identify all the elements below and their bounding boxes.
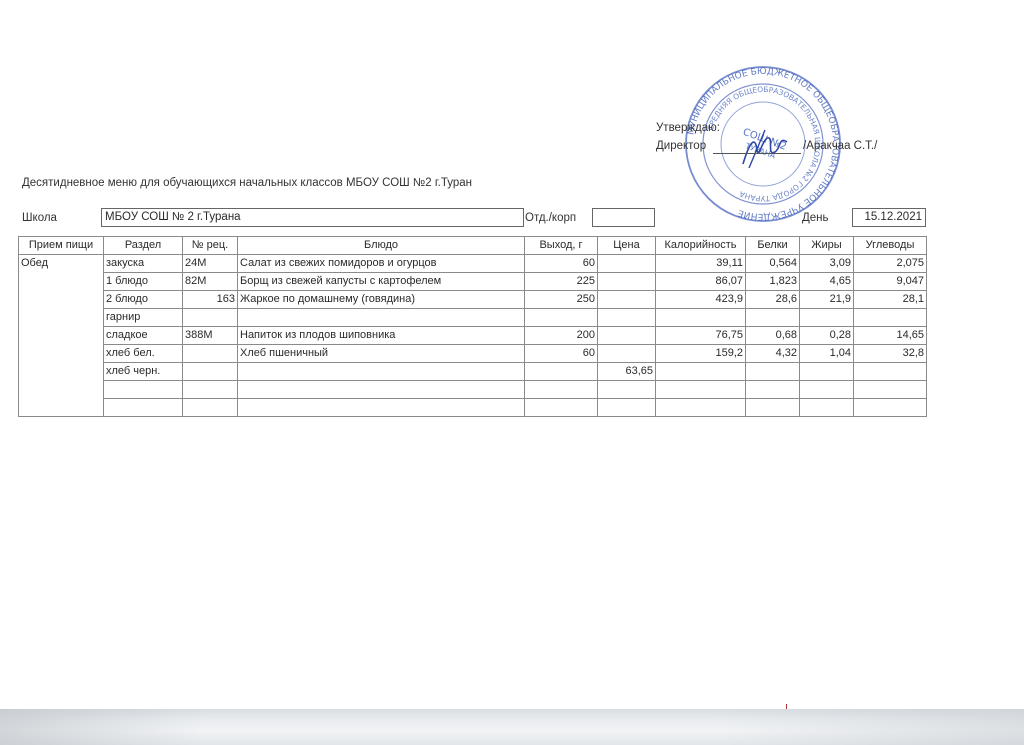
recipe-cell (183, 309, 238, 327)
section-cell: 1 блюдо (104, 273, 183, 291)
price-cell (598, 255, 656, 273)
dish-cell: Борщ из свежей капусты с картофелем (238, 273, 525, 291)
school-label: Школа (22, 212, 57, 224)
dish-cell (238, 381, 525, 399)
col-header-recipe: № рец. (183, 237, 238, 255)
calories-cell: 159,2 (656, 345, 746, 363)
calories-cell (656, 309, 746, 327)
carbs-cell (854, 399, 927, 417)
meal-cell (19, 399, 104, 417)
scan-edge-shadow (0, 709, 1024, 745)
recipe-cell (183, 399, 238, 417)
meal-cell (19, 381, 104, 399)
table-row (19, 381, 927, 399)
protein-cell (746, 381, 800, 399)
fat-cell: 4,65 (800, 273, 854, 291)
day-label: День (802, 212, 829, 224)
table-row: 1 блюдо82МБорщ из свежей капусты с карто… (19, 273, 927, 291)
section-cell (104, 399, 183, 417)
recipe-cell (183, 345, 238, 363)
col-header-price: Цена (598, 237, 656, 255)
calories-cell (656, 399, 746, 417)
yield-cell (525, 381, 598, 399)
meal-cell (19, 363, 104, 381)
protein-cell: 0,564 (746, 255, 800, 273)
price-cell (598, 291, 656, 309)
department-label: Отд./корп (525, 212, 576, 224)
section-cell: сладкое (104, 327, 183, 345)
dish-cell: Хлеб пшеничный (238, 345, 525, 363)
col-header-fat: Жиры (800, 237, 854, 255)
carbs-cell (854, 381, 927, 399)
price-cell (598, 309, 656, 327)
price-cell (598, 273, 656, 291)
yield-cell: 225 (525, 273, 598, 291)
protein-cell (746, 363, 800, 381)
yield-cell: 60 (525, 255, 598, 273)
menu-table: Прием пищи Раздел № рец. Блюдо Выход, г … (18, 236, 927, 417)
calories-cell: 76,75 (656, 327, 746, 345)
department-field[interactable] (592, 208, 655, 227)
table-row: хлеб черн.63,65 (19, 363, 927, 381)
approve-label: Утверждаю: (656, 122, 720, 134)
director-label: Директор (656, 140, 706, 152)
table-header-row: Прием пищи Раздел № рец. Блюдо Выход, г … (19, 237, 927, 255)
table-row: гарнир (19, 309, 927, 327)
yield-cell: 200 (525, 327, 598, 345)
yield-cell: 250 (525, 291, 598, 309)
fat-cell: 0,28 (800, 327, 854, 345)
col-header-protein: Белки (746, 237, 800, 255)
meal-cell (19, 327, 104, 345)
dish-cell (238, 309, 525, 327)
protein-cell: 0,68 (746, 327, 800, 345)
yield-cell (525, 363, 598, 381)
table-row: хлеб бел.Хлеб пшеничный60159,24,321,0432… (19, 345, 927, 363)
document-title: Десятидневное меню для обучающихся начал… (22, 177, 472, 189)
dish-cell (238, 363, 525, 381)
fat-cell: 21,9 (800, 291, 854, 309)
price-cell (598, 399, 656, 417)
yield-cell: 60 (525, 345, 598, 363)
meal-cell (19, 291, 104, 309)
protein-cell (746, 399, 800, 417)
table-row: сладкое388МНапиток из плодов шиповника20… (19, 327, 927, 345)
col-header-yield: Выход, г (525, 237, 598, 255)
carbs-cell: 14,65 (854, 327, 927, 345)
calories-cell (656, 363, 746, 381)
section-cell: хлеб черн. (104, 363, 183, 381)
table-row: Обедзакуска24МСалат из свежих помидоров … (19, 255, 927, 273)
protein-cell: 28,6 (746, 291, 800, 309)
dish-cell (238, 399, 525, 417)
calories-cell (656, 381, 746, 399)
recipe-cell: 388М (183, 327, 238, 345)
dish-cell: Жаркое по домашнему (говядина) (238, 291, 525, 309)
section-cell: закуска (104, 255, 183, 273)
col-header-carbs: Углеводы (854, 237, 927, 255)
carbs-cell: 2,075 (854, 255, 927, 273)
fat-cell (800, 381, 854, 399)
meal-cell (19, 273, 104, 291)
price-cell (598, 345, 656, 363)
recipe-cell: 163 (183, 291, 238, 309)
dish-cell: Напиток из плодов шиповника (238, 327, 525, 345)
col-header-dish: Блюдо (238, 237, 525, 255)
price-cell (598, 381, 656, 399)
protein-cell: 1,823 (746, 273, 800, 291)
day-field[interactable]: 15.12.2021 (852, 208, 926, 227)
carbs-cell: 32,8 (854, 345, 927, 363)
recipe-cell: 82М (183, 273, 238, 291)
director-name: /Аракчаа С.Т./ (803, 140, 877, 152)
yield-cell (525, 309, 598, 327)
calories-cell: 86,07 (656, 273, 746, 291)
fat-cell (800, 309, 854, 327)
section-cell: 2 блюдо (104, 291, 183, 309)
carbs-cell: 28,1 (854, 291, 927, 309)
recipe-cell (183, 363, 238, 381)
col-header-calories: Калорийность (656, 237, 746, 255)
fat-cell (800, 363, 854, 381)
table-row (19, 399, 927, 417)
section-cell (104, 381, 183, 399)
signature-line (713, 153, 801, 154)
section-cell: хлеб бел. (104, 345, 183, 363)
table-row: 2 блюдо163Жаркое по домашнему (говядина)… (19, 291, 927, 309)
meal-cell: Обед (19, 255, 104, 273)
school-field[interactable]: МБОУ СОШ № 2 г.Турана (101, 208, 524, 227)
calories-cell: 39,11 (656, 255, 746, 273)
carbs-cell (854, 309, 927, 327)
recipe-cell: 24М (183, 255, 238, 273)
recipe-cell (183, 381, 238, 399)
price-cell: 63,65 (598, 363, 656, 381)
protein-cell: 4,32 (746, 345, 800, 363)
price-cell (598, 327, 656, 345)
protein-cell (746, 309, 800, 327)
carbs-cell: 9,047 (854, 273, 927, 291)
yield-cell (525, 399, 598, 417)
col-header-section: Раздел (104, 237, 183, 255)
meal-cell (19, 309, 104, 327)
fat-cell: 1,04 (800, 345, 854, 363)
col-header-meal: Прием пищи (19, 237, 104, 255)
carbs-cell (854, 363, 927, 381)
fat-cell (800, 399, 854, 417)
section-cell: гарнир (104, 309, 183, 327)
dish-cell: Салат из свежих помидоров и огурцов (238, 255, 525, 273)
calories-cell: 423,9 (656, 291, 746, 309)
fat-cell: 3,09 (800, 255, 854, 273)
meal-cell (19, 345, 104, 363)
